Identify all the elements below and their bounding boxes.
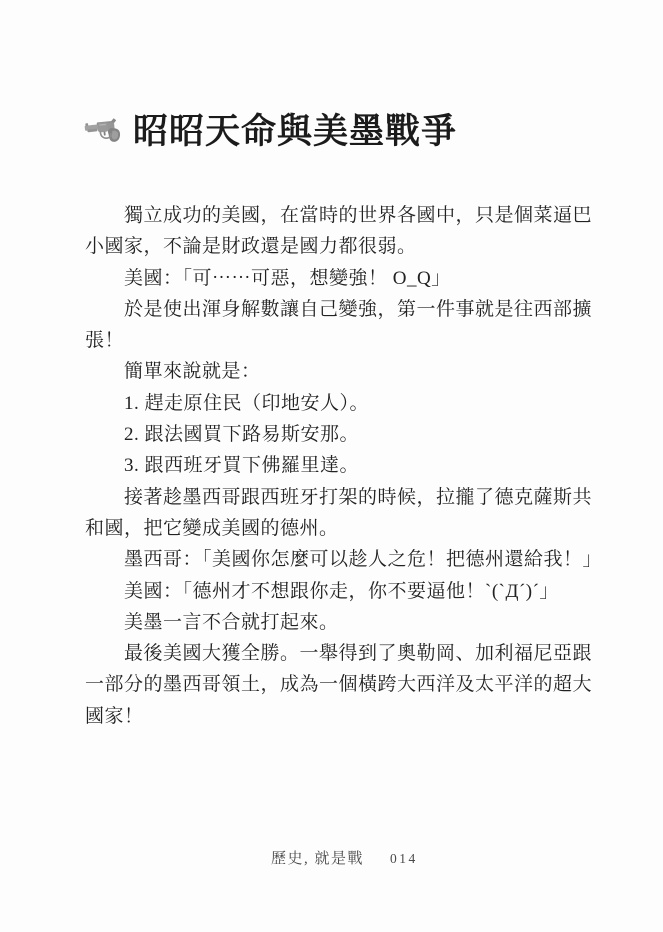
body-line: 接著趁墨西哥跟西班牙打架的時候，拉攏了德克薩斯共 [85,482,625,513]
body-line: 簡單來說就是： [85,356,625,387]
body-line: 張！ [85,325,625,356]
body-line: 美國：「可⋯⋯可惡，想變強！ O_Q」 [85,263,625,294]
body-line: 1. 趕走原住民（印地安人）。 [85,388,625,419]
chapter-title: 昭昭天命與美墨戰爭 [133,112,457,152]
page-number: 014 [390,851,418,867]
body-text: 獨立成功的美國，在當時的世界各國中，只是個菜逼巴小國家，不論是財政還是國力都很弱… [85,200,625,732]
book-page: 昭昭天命與美墨戰爭 獨立成功的美國，在當時的世界各國中，只是個菜逼巴小國家，不論… [0,0,663,932]
book-title: 歷史, 就是戰 [271,847,364,868]
body-line: 小國家，不論是財政還是國力都很弱。 [85,231,625,262]
revolver-icon [82,113,125,151]
body-line: 一部分的墨西哥領土，成為一個橫跨大西洋及太平洋的超大 [85,669,625,700]
page-footer: 歷史, 就是戰 014 [271,847,418,868]
body-line: 墨西哥：「美國你怎麼可以趁人之危！把德州還給我！」 [85,544,625,575]
body-line: 2. 跟法國買下路易斯安那。 [85,419,625,450]
body-line: 美墨一言不合就打起來。 [85,607,625,638]
chapter-header: 昭昭天命與美墨戰爭 [84,112,457,152]
body-line: 獨立成功的美國，在當時的世界各國中，只是個菜逼巴 [85,200,625,231]
body-line: 3. 跟西班牙買下佛羅里達。 [85,450,625,481]
body-line: 於是使出渾身解數讓自己變強，第一件事就是往西部擴 [85,294,625,325]
body-line: 國家！ [85,701,625,732]
body-line: 美國：「德州才不想跟你走，你不要逼他！ˋ(ˋД´)ˊ」 [85,576,625,607]
body-line: 最後美國大獲全勝。一舉得到了奧勒岡、加利福尼亞跟 [85,638,625,669]
body-line: 和國，把它變成美國的德州。 [85,513,625,544]
